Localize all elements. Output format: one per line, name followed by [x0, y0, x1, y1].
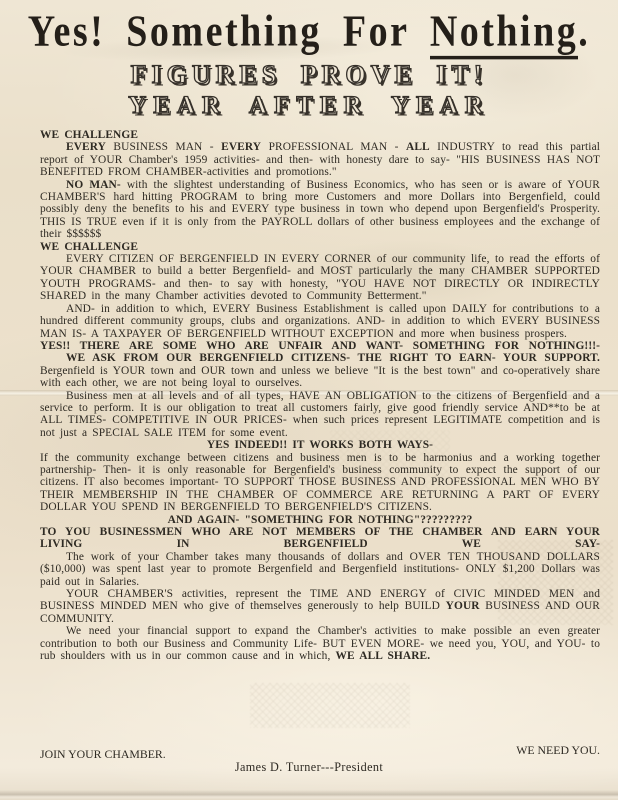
section-heading-challenge-business: WE CHALLENGE — [40, 129, 600, 141]
banner-something-for-nothing: YES!! THERE ARE SOME WHO ARE UNFAIR AND … — [40, 340, 600, 352]
paragraph-works-both-ways: If the community exchange between citize… — [40, 452, 600, 514]
paragraph-challenge-business-2: NO MAN- with the slightest understanding… — [40, 179, 600, 241]
callout-to-businessmen: TO YOU BUSINESSMEN WHO ARE NOT MEMBERS O… — [40, 526, 600, 551]
paragraph-join-appeal-3: We need your financial support to expand… — [40, 625, 600, 662]
heading-works-both-ways: YES INDEED!! IT WORKS BOTH WAYS- — [40, 439, 600, 451]
flyer-body: WE CHALLENGE EVERY BUSINESS MAN - EVERY … — [40, 129, 600, 662]
paragraph-right-to-earn-1: Bergenfield is YOUR town and OUR town an… — [40, 365, 600, 390]
lead-right-to-earn: WE ASK FROM OUR BERGENFIELD CITIZENS- TH… — [40, 352, 600, 364]
flyer-page: Yes! Something For Nothing. FIGURES PROV… — [0, 0, 618, 800]
paragraph-challenge-citizen-1: EVERY CITIZEN OF BERGENFIELD IN EVERY CO… — [40, 253, 600, 303]
paragraph-join-appeal-2: YOUR CHAMBER'S activities, represent the… — [40, 588, 600, 625]
heading-and-again: AND AGAIN- "SOMETHING FOR NOTHING"??????… — [40, 514, 600, 526]
title-period: . — [578, 7, 590, 56]
section-heading-challenge-citizen: WE CHALLENGE — [40, 241, 600, 253]
footer-we-need-you: WE NEED YOU. — [516, 743, 600, 758]
bleedthrough-hatch-pattern — [250, 683, 410, 728]
paragraph-right-to-earn-2: Business men at all levels and of all ty… — [40, 390, 600, 440]
headline-figures-prove-it: FIGURES PROVE IT! — [0, 60, 618, 90]
paragraph-challenge-citizen-2: AND- in addition to which, EVERY Busines… — [40, 303, 600, 340]
president-signature: James D. Turner---President — [0, 760, 618, 775]
paragraph-join-appeal-1: The work of your Chamber takes many thou… — [40, 551, 600, 588]
headline-year-after-year: YEAR AFTER YEAR — [0, 92, 618, 120]
title-lead: Yes! Something For — [28, 7, 430, 56]
paper-bottom-edge — [0, 790, 618, 800]
title-underlined-word: Nothing — [430, 7, 578, 59]
flyer-title: Yes! Something For Nothing. — [0, 6, 618, 57]
paragraph-challenge-business-1: EVERY BUSINESS MAN - EVERY PROFESSIONAL … — [40, 141, 600, 178]
